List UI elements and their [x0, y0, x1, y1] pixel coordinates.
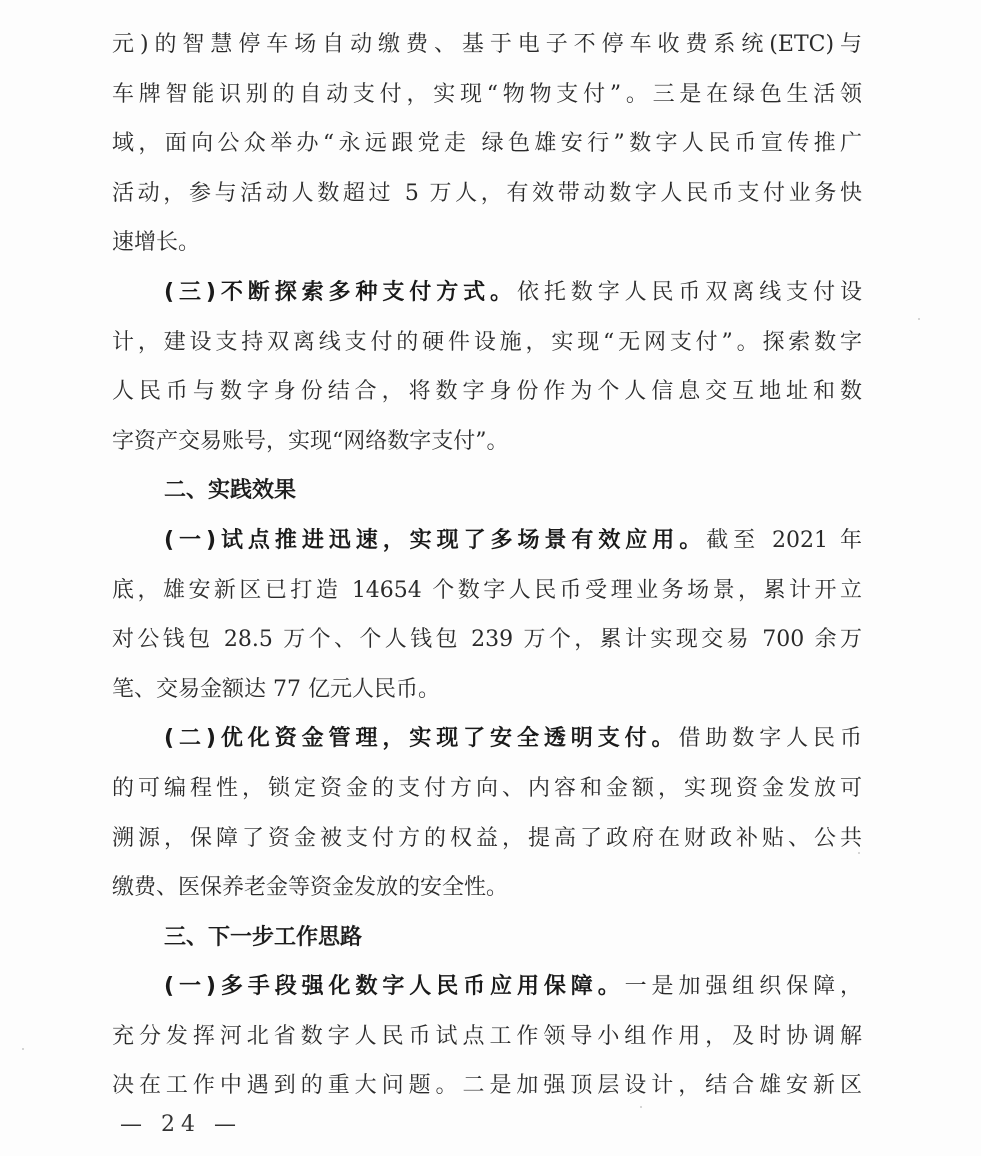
- text-line: 笔、交易金额达 77 亿元人民币。: [112, 665, 862, 715]
- text-line: 缴费、医保养老金等资金发放的安全性。: [112, 863, 862, 913]
- text-line: 元)的智慧停车场自动缴费、基于电子不停车收费系统(ETC)与: [112, 20, 862, 70]
- paragraph-lead-bold: (三)不断探索多种支付方式。: [164, 280, 517, 305]
- text-line: 车牌智能识别的自动支付，实现“物物支付”。三是在绿色生活领: [112, 70, 862, 120]
- text-line: 底，雄安新区已打造 14654 个数字人民币受理业务场景，累计开立: [112, 566, 862, 616]
- text-line: 的可编程性，锁定资金的支付方向、内容和金额，实现资金发放可: [112, 764, 862, 814]
- text-line: 对公钱包 28.5 万个、个人钱包 239 万个，累计实现交易 700 余万: [112, 615, 862, 665]
- text-line: 决在工作中遇到的重大问题。二是加强顶层设计，结合雄安新区: [112, 1061, 862, 1111]
- paragraph-lead-bold: (二)优化资金管理，实现了安全透明支付。: [164, 726, 678, 751]
- scan-speck: [640, 1106, 642, 1108]
- paragraph-first-line: (一)试点推进迅速，实现了多场景有效应用。截至 2021 年: [112, 516, 862, 566]
- paragraph-lead-rest: 截至 2021 年: [706, 528, 862, 553]
- text-line: 计，建设支持双离线支付的硬件设施，实现“无网支付”。探索数字: [112, 318, 862, 368]
- paragraph-first-line: (二)优化资金管理，实现了安全透明支付。借助数字人民币: [112, 714, 862, 764]
- text-line: 字资产交易账号，实现“网络数字支付”。: [112, 417, 862, 467]
- section-heading: 三、下一步工作思路: [112, 913, 862, 963]
- text-line: 人民币与数字身份结合，将数字身份作为个人信息交互地址和数: [112, 367, 862, 417]
- paragraph-first-line: (三)不断探索多种支付方式。依托数字人民币双离线支付设: [112, 268, 862, 318]
- section-heading: 二、实践效果: [112, 466, 862, 516]
- scan-speck: [858, 852, 860, 854]
- paragraph-lead-rest: 借助数字人民币: [678, 726, 862, 751]
- text-line: 溯源，保障了资金被支付方的权益，提高了政府在财政补贴、公共: [112, 814, 862, 864]
- paragraph-lead-rest: 依托数字人民币双离线支付设: [517, 280, 862, 305]
- page-number: — 24 —: [120, 1112, 242, 1137]
- paragraph-lead-bold: (一)多手段强化数字人民币应用保障。: [164, 974, 625, 999]
- document-page: 元)的智慧停车场自动缴费、基于电子不停车收费系统(ETC)与 车牌智能识别的自动…: [112, 20, 862, 1111]
- scan-speck: [918, 318, 920, 320]
- text-line: 域，面向公众举办“永远跟党走 绿色雄安行”数字人民币宣传推广: [112, 119, 862, 169]
- paragraph-lead-rest: 一是加强组织保障，: [625, 974, 862, 999]
- text-line: 速增长。: [112, 218, 862, 268]
- text-line: 活动，参与活动人数超过 5 万人，有效带动数字人民币支付业务快: [112, 169, 862, 219]
- paragraph-first-line: (一)多手段强化数字人民币应用保障。一是加强组织保障，: [112, 962, 862, 1012]
- scan-speck: [22, 1048, 24, 1050]
- text-line: 充分发挥河北省数字人民币试点工作领导小组作用，及时协调解: [112, 1012, 862, 1062]
- paragraph-lead-bold: (一)试点推进迅速，实现了多场景有效应用。: [164, 528, 706, 553]
